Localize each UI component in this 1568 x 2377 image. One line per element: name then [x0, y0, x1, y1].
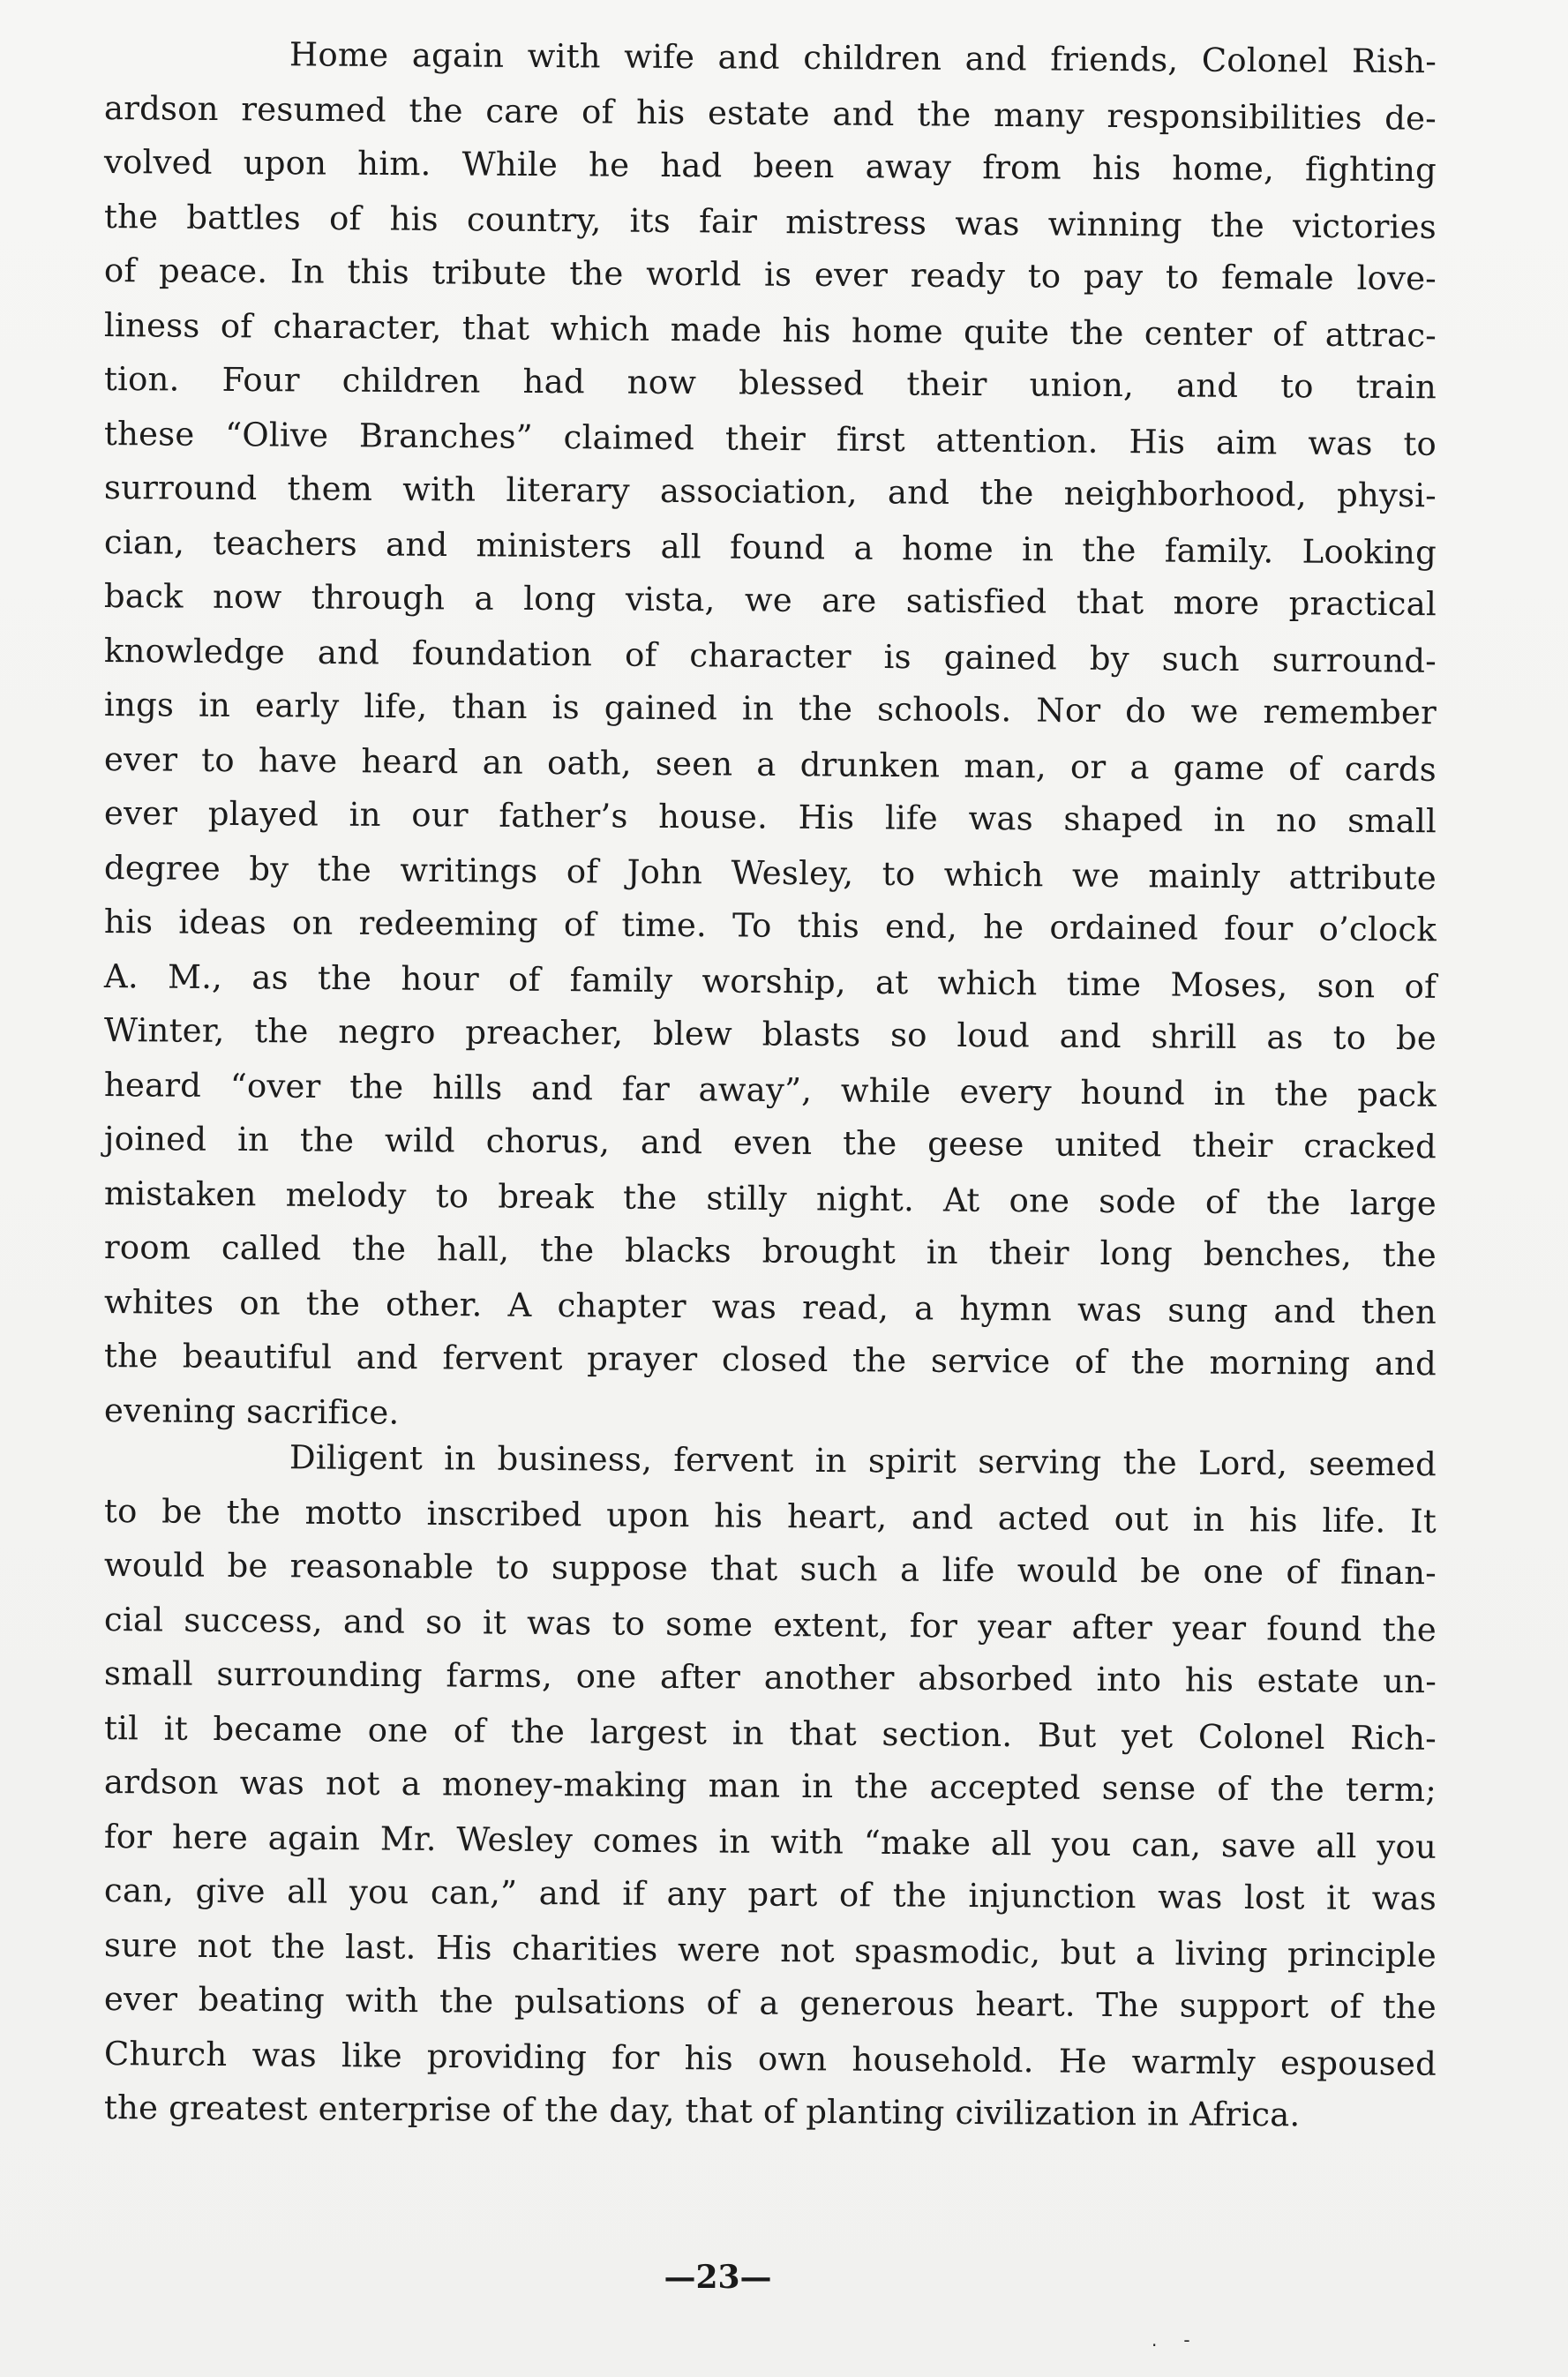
text-line: Home again with wife and children and fr… [104, 26, 1437, 89]
text-line: room called the hall, the blacks brought… [104, 1220, 1437, 1283]
text-line: joined in the wild chorus, and even the … [104, 1112, 1437, 1174]
text-line: ardson was not a money-making man in the… [104, 1755, 1437, 1818]
text-line: ings in early life, than is gained in th… [104, 678, 1437, 740]
page-number: —23— [0, 2259, 1568, 2296]
text-line: small surrounding farms, one after anoth… [104, 1646, 1437, 1709]
text-line: volved upon him. While he had been away … [104, 135, 1437, 198]
text-line: back now through a long vista, we are sa… [104, 569, 1437, 632]
scan-specks: .- [1152, 2329, 1217, 2351]
text-line: the beautiful and fervent prayer closed … [104, 1329, 1437, 1391]
paragraph-2: Diligent in business, fervent in spirit … [104, 1429, 1437, 2135]
text-line: tion. Four children had now blessed thei… [104, 352, 1437, 415]
text-line: surround them with literary association,… [104, 461, 1437, 523]
text-line: would be reasonable to suppose that such… [104, 1538, 1437, 1601]
document-page: Home again with wife and children and fr… [0, 0, 1568, 2377]
text-line: his ideas on redeeming of time. To this … [104, 895, 1437, 957]
text-line: Diligent in business, fervent in spirit … [104, 1429, 1437, 1492]
paragraph-1: Home again with wife and children and fr… [104, 26, 1437, 1437]
text-line: ever beating with the pulsations of a ge… [104, 1972, 1437, 2035]
text-line: can, give all you can,” and if any part … [104, 1863, 1437, 1926]
text-line: of peace. In this tribute the world is e… [104, 244, 1437, 306]
text-line: Winter, the negro preacher, blew blasts … [104, 1003, 1437, 1066]
text-line: the greatest enterprise of the day, that… [104, 2081, 1437, 2143]
text-line: ever played in our father’s house. His l… [104, 786, 1437, 849]
